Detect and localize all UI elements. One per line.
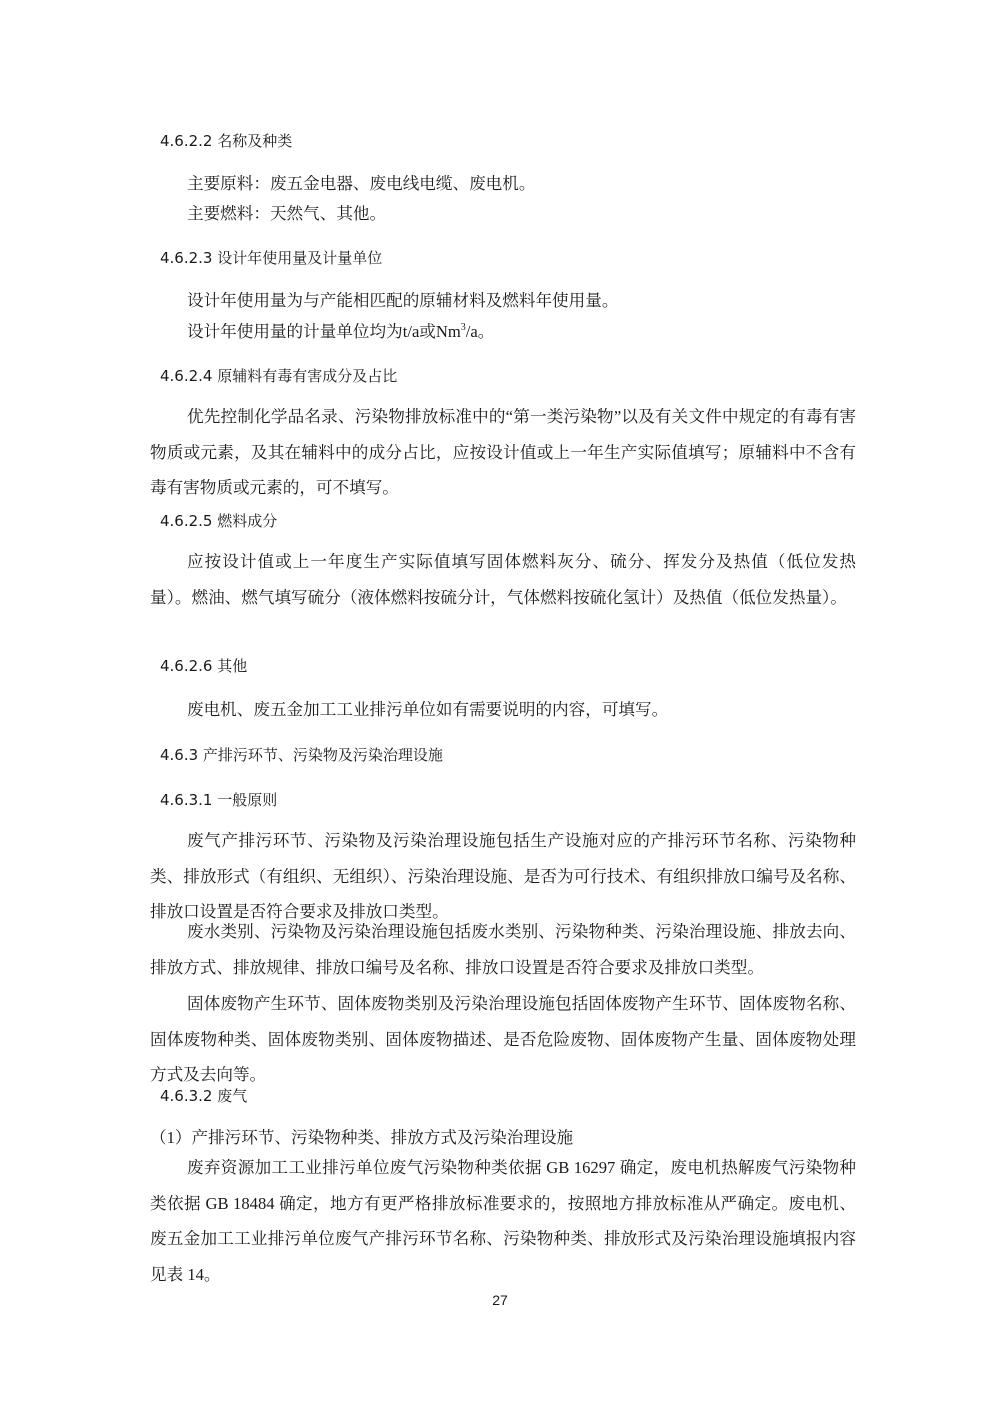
section-heading-4-6-2-6: 4.6.2.6 其他	[160, 656, 247, 676]
waste-gas-pollutants-paragraph: 废弃资源加工工业排污单位废气污染物种类依据 GB 16297 确定，废电机热解废…	[150, 1150, 856, 1292]
waste-water-principle-paragraph: 废水类别、污染物及污染治理设施包括废水类别、污染物种类、污染治理设施、排放去向、…	[150, 914, 856, 985]
solid-waste-principle-paragraph: 固体废物产生环节、固体废物类别及污染治理设施包括固体废物产生环节、固体废物名称、…	[150, 986, 856, 1093]
section-heading-4-6-3: 4.6.3 产排污环节、污染物及污染治理设施	[160, 745, 443, 765]
design-usage-unit-line: 设计年使用量的计量单位均为t/a或Nm3/a。	[187, 322, 494, 342]
other-notes-line: 废电机、废五金加工工业排污单位如有需要说明的内容，可填写。	[187, 700, 668, 720]
section-heading-4-6-2-4: 4.6.2.4 原辅料有毒有害成分及占比	[160, 366, 397, 386]
section-heading-4-6-2-5: 4.6.2.5 燃料成分	[160, 511, 277, 531]
unit-line-prefix: 设计年使用量的计量单位均为t/a或Nm	[187, 322, 461, 341]
waste-gas-subheading: （1）产排污环节、污染物种类、排放方式及污染治理设施	[150, 1128, 573, 1148]
toxic-components-paragraph: 优先控制化学品名录、污染物排放标准中的“第一类污染物”以及有关文件中规定的有毒有…	[150, 399, 856, 506]
document-page: 4.6.2.2 名称及种类 主要原料：废五金电器、废电线电缆、废电机。 主要燃料…	[0, 0, 1000, 1414]
section-heading-4-6-3-1: 4.6.3.1 一般原则	[160, 790, 277, 810]
fuel-composition-paragraph: 应按设计值或上一年度生产实际值填写固体燃料灰分、硫分、挥发分及热值（低位发热量）…	[150, 544, 856, 615]
page-number: 27	[0, 1292, 1000, 1308]
unit-line-suffix: /a。	[466, 322, 495, 341]
section-heading-4-6-2-3: 4.6.2.3 设计年使用量及计量单位	[160, 248, 382, 268]
design-usage-definition-line: 设计年使用量为与产能相匹配的原辅材料及燃料年使用量。	[187, 291, 618, 311]
main-fuels-line: 主要燃料：天然气、其他。	[187, 204, 386, 224]
main-raw-materials-line: 主要原料：废五金电器、废电线电缆、废电机。	[187, 174, 535, 194]
section-heading-4-6-2-2: 4.6.2.2 名称及种类	[160, 131, 292, 151]
section-heading-4-6-3-2: 4.6.3.2 废气	[160, 1086, 247, 1106]
